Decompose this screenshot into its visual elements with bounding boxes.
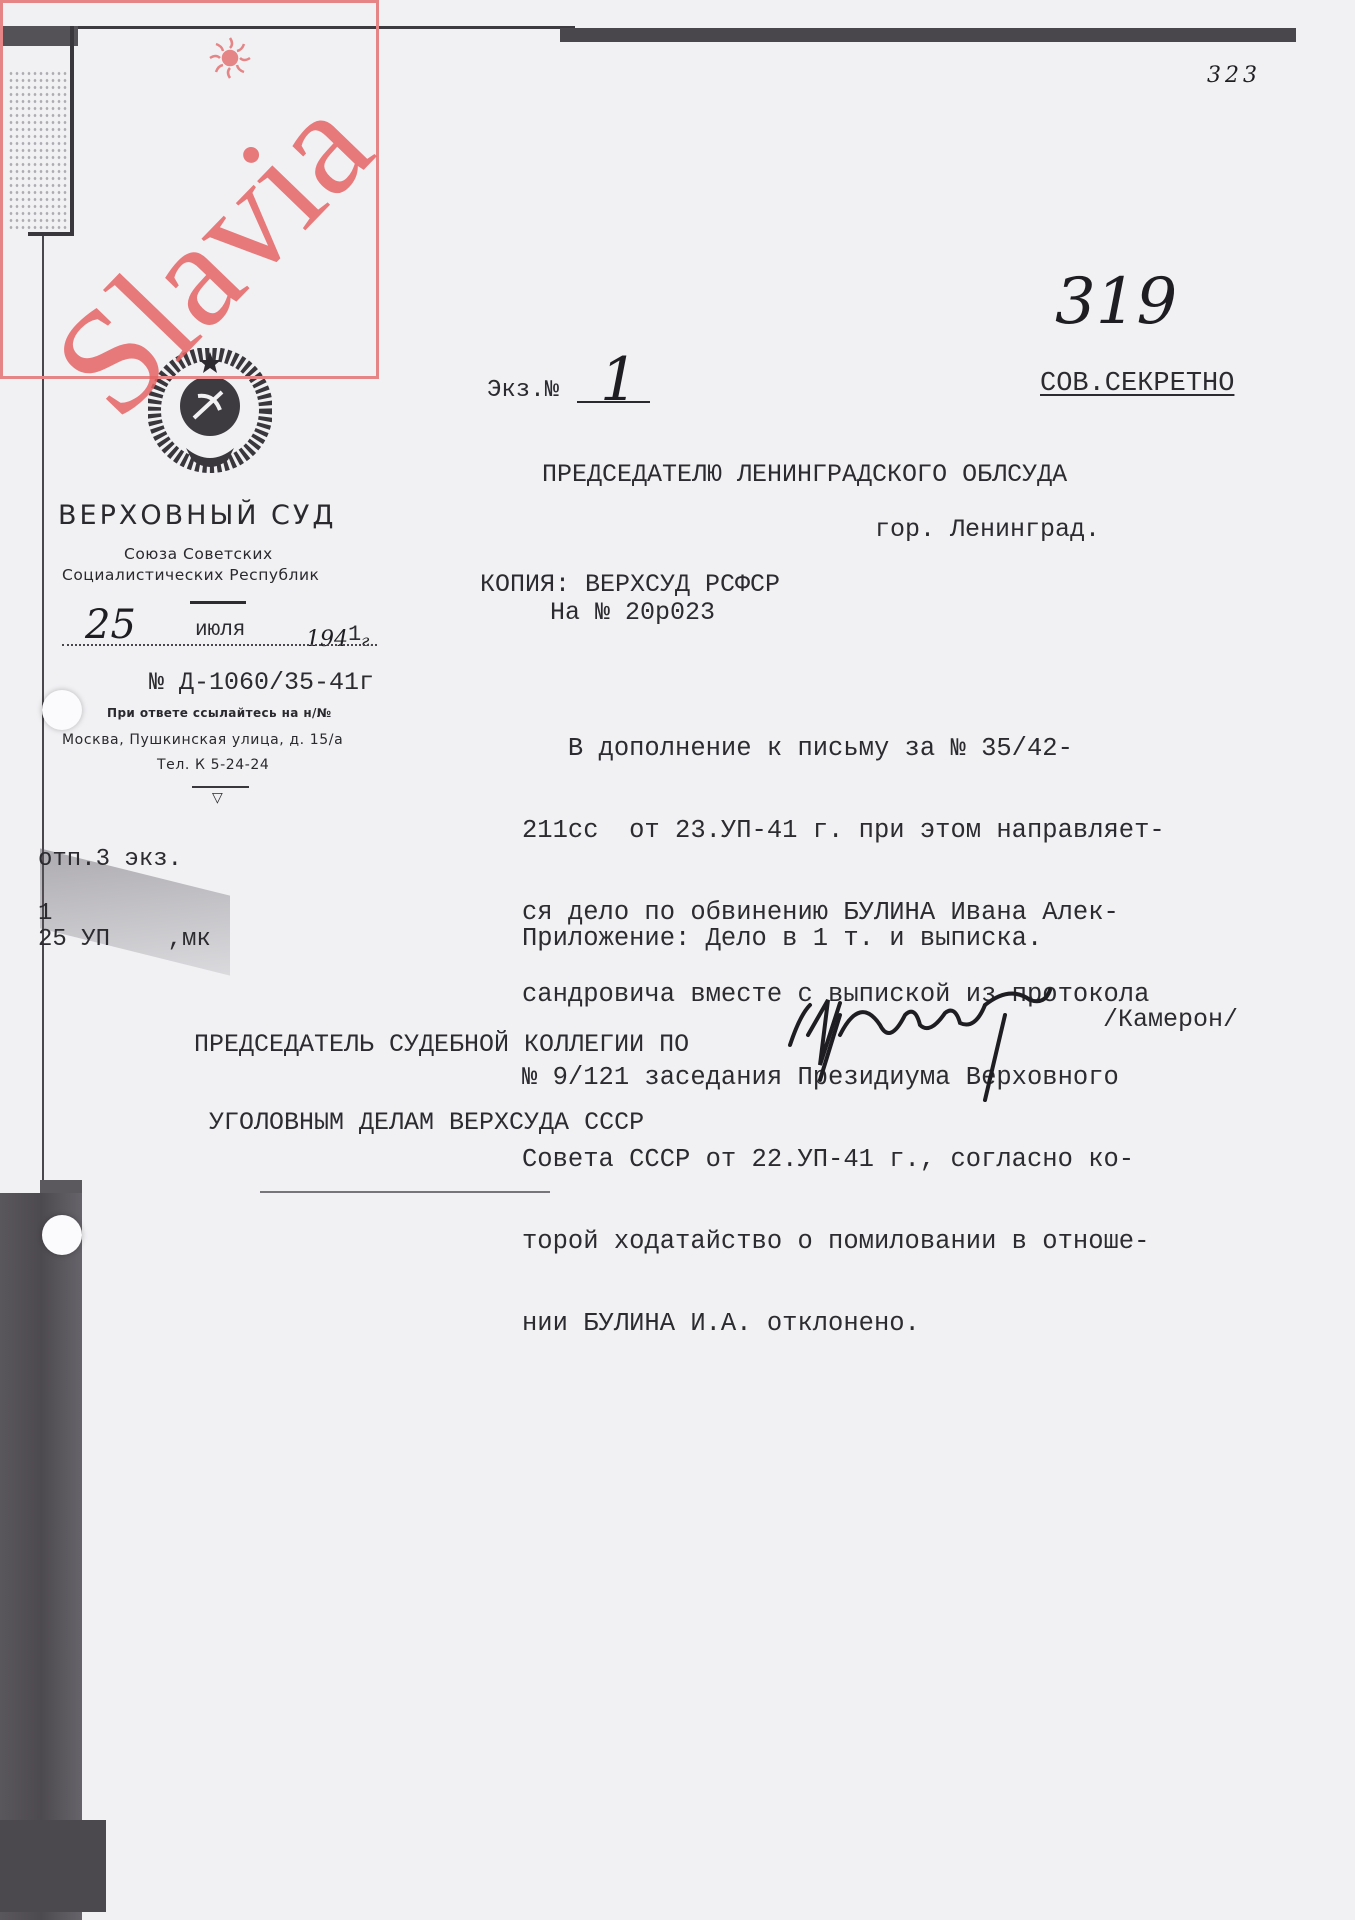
signature-icon <box>780 975 1150 1105</box>
registration-number: № Д-1060/35-41г <box>149 668 374 697</box>
attachment-note: Приложение: Дело в 1 т. и выписка. <box>522 924 1042 953</box>
addressee-city: гор. Ленинград. <box>875 515 1100 544</box>
body-line: В дополнение к письму за № 35/42- <box>522 735 1165 762</box>
punch-hole <box>42 1215 82 1255</box>
copy-number-label: Экз.№ <box>487 377 559 404</box>
court-name: ВЕРХОВНЫЙ СУД <box>58 500 336 531</box>
date-dotted-line <box>62 644 377 646</box>
date-year: 1941г. <box>306 622 374 653</box>
date-month: июля <box>195 619 245 642</box>
date-overbar <box>190 601 246 604</box>
body-line: 211сс от 23.УП-41 г. при этом направляет… <box>522 817 1165 844</box>
reply-reference: При ответе ссылайтесь на н/№ <box>107 706 332 720</box>
note-copies: отп.3 экз. <box>38 846 182 873</box>
date-year-prefix: 194 <box>306 627 348 652</box>
scan-border-top <box>560 28 1296 42</box>
phone-rule <box>192 786 249 788</box>
signatory-title: ПРЕДСЕДАТЕЛЬ СУДЕБНОЙ КОЛЛЕГИИ ПО УГОЛОВ… <box>194 980 689 1162</box>
note-one: 1 <box>38 900 52 927</box>
addressee: ПРЕДСЕДАТЕЛЮ ЛЕНИНГРАДСКОГО ОБЛСУДА <box>542 460 1067 489</box>
page-number: 323 <box>1207 63 1261 88</box>
body-line: торой ходатайство о помиловании в отноше… <box>522 1228 1165 1255</box>
scan-mid-rule <box>260 1191 550 1193</box>
scan-dark-strip-foot <box>0 1820 106 1912</box>
archive-number: 319 <box>1055 265 1177 339</box>
date-year-unit: г. <box>361 631 374 650</box>
copy-reference: На № 20р023 <box>550 598 715 627</box>
signatory-title-line: ПРЕДСЕДАТЕЛЬ СУДЕБНОЙ КОЛЛЕГИИ ПО <box>194 1032 689 1058</box>
copy-number-value: 1 <box>600 345 638 415</box>
union-line: Союза Советских <box>124 545 273 563</box>
court-phone: Тел. К 5-24-24 <box>157 757 269 773</box>
republics-line: Социалистических Республик <box>62 566 319 584</box>
signatory-title-line: УГОЛОВНЫМ ДЕЛАМ ВЕРХСУДА СССР <box>194 1110 689 1136</box>
note-date-typist: 25 УП ,мк <box>38 926 211 953</box>
triangle-mark: ▽ <box>212 790 223 806</box>
date-day: 25 <box>85 602 136 648</box>
classification-stamp: СОВ.СЕКРЕТНО <box>1040 369 1234 399</box>
scan-dark-strip <box>0 1193 82 1920</box>
body-line: нии БУЛИНА И.А. отклонено. <box>522 1310 1165 1337</box>
copy-recipient: КОПИЯ: ВЕРХСУД РСФСР <box>480 570 780 599</box>
signatory-name: /Камерон/ <box>1103 1005 1238 1034</box>
punch-hole <box>42 690 82 730</box>
body-line: ся дело по обвинению БУЛИНА Ивана Алек- <box>522 899 1165 926</box>
court-address: Москва, Пушкинская улица, д. 15/а <box>62 732 343 748</box>
sun-icon <box>208 36 252 80</box>
